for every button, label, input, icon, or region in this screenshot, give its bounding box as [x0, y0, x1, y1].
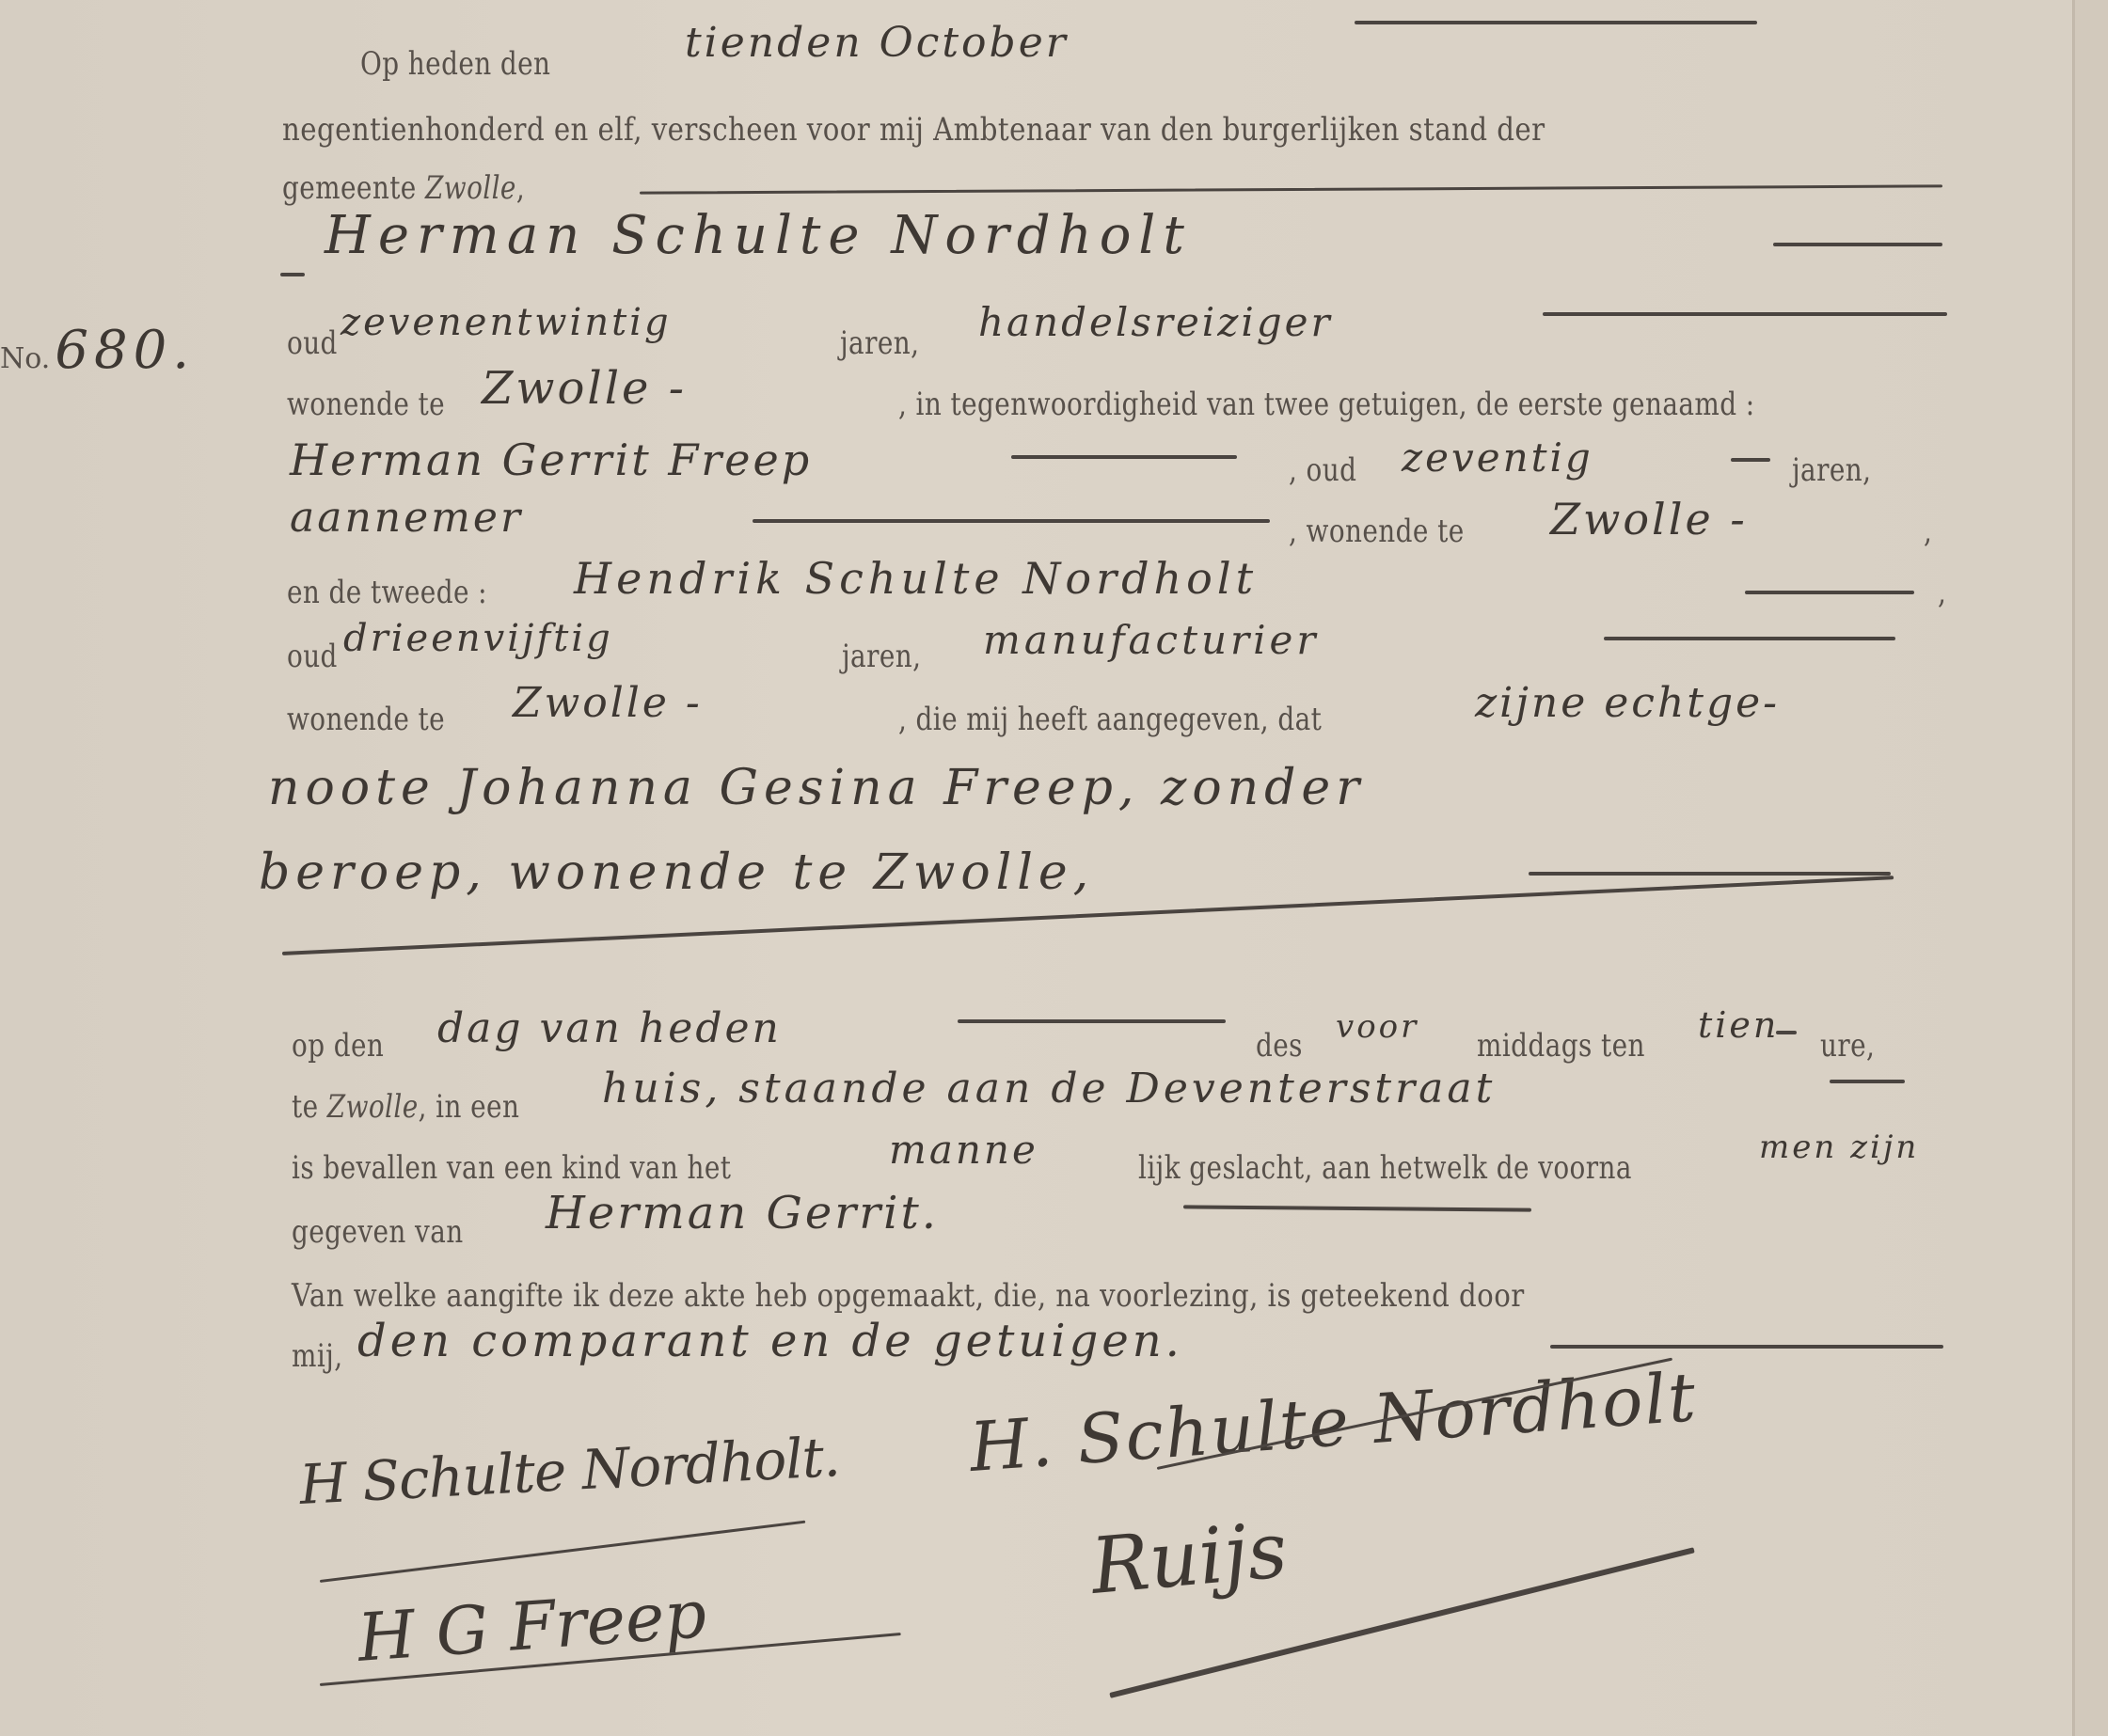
fill-rule — [1776, 1031, 1797, 1034]
hand-witness1-name: Herman Gerrit Freep — [290, 434, 812, 485]
printed-l14-c: middags ten — [1477, 1027, 1645, 1065]
signature-witness1: H G Freep — [356, 1575, 709, 1677]
fill-rule — [640, 184, 1942, 194]
printed-l3: gemeente Zwolle, — [282, 169, 525, 207]
fill-rule — [1355, 21, 1757, 24]
printed-l1: Op heden den — [360, 45, 550, 83]
printed-l6-b: , in tegenwoordigheid van twee getuigen,… — [898, 386, 1755, 423]
printed-l15-a: te — [292, 1088, 319, 1126]
hand-declarant-name: Herman Schulte Nordholt — [325, 205, 1192, 266]
printed-l2: negentienhonderd en elf, verscheen voor … — [282, 111, 1545, 149]
printed-l14-a: op den — [292, 1027, 384, 1065]
printed-l14-b: des — [1256, 1027, 1303, 1065]
printed-l5-b: jaren, — [840, 324, 919, 362]
hand-declarant-city: Zwolle - — [482, 362, 687, 415]
fill-rule — [753, 519, 1270, 523]
printed-l16-b: lijk geslacht, aan hetwelk de voorna — [1138, 1149, 1632, 1187]
printed-l8-a: , wonende te — [1289, 513, 1465, 550]
printed-l10-a: oud — [287, 638, 338, 675]
printed-l8-b: , — [1924, 513, 1932, 550]
fill-rule — [1011, 455, 1237, 459]
hand-birth-place: huis, staande aan de Deventerstraat — [602, 1065, 1496, 1113]
printed-l3-city: Zwolle — [425, 169, 516, 207]
printed-l15: te Zwolle, in een — [292, 1088, 519, 1126]
hand-spouse-intro: zijne echtge- — [1475, 679, 1780, 727]
printed-l18: Van welke aangifte ik deze akte heb opge… — [292, 1277, 1525, 1315]
printed-l9-a: en de tweede : — [287, 574, 487, 611]
printed-l3-b: , — [516, 169, 525, 207]
fill-rule — [1773, 243, 1942, 246]
printed-l15-city: Zwolle — [327, 1088, 419, 1126]
register-page: No. 680. Op heden den tienden October ne… — [0, 0, 2108, 1736]
hand-declarant-occupation: handelsreiziger — [978, 299, 1333, 345]
act-number-label: No. — [0, 342, 50, 375]
signature-declarant: H Schulte Nordholt. — [298, 1425, 841, 1517]
hand-signatories: den comparant en de getuigen. — [357, 1315, 1183, 1367]
fill-rule — [1550, 1345, 1943, 1349]
hand-declarant-age: zevenentwintig — [341, 301, 672, 344]
fill-rule — [958, 1019, 1226, 1023]
printed-l7-b: jaren, — [1792, 451, 1871, 489]
hand-birth-hour: tien — [1698, 1004, 1779, 1046]
printed-l5-a: oud — [287, 324, 338, 362]
hand-witness1-age: zeventig — [1402, 434, 1593, 481]
printed-l3-a: gemeente — [282, 169, 417, 207]
hand-date: tienden October — [685, 19, 1069, 67]
hand-witness2-city: Zwolle - — [513, 679, 703, 727]
printed-l10-b: jaren, — [842, 638, 921, 675]
signature-underline — [320, 1521, 805, 1583]
hand-mother-residence: beroep, wonende te Zwolle, — [259, 844, 1094, 901]
printed-l6-a: wonende te — [287, 386, 445, 423]
hand-child-name: Herman Gerrit. — [546, 1187, 939, 1239]
fill-rule — [1529, 872, 1891, 876]
signature-registrar: Ruijs — [1087, 1506, 1291, 1612]
hand-witness2-occupation: manufacturier — [983, 617, 1319, 663]
printed-l11-b: , die mij heeft aangegeven, dat — [898, 701, 1322, 738]
hand-given-names-tail: men zijn — [1759, 1128, 1919, 1166]
hand-witness1-occupation: aannemer — [290, 494, 523, 542]
printed-l16-a: is bevallen van een kind van het — [292, 1149, 731, 1187]
fill-rule — [280, 273, 305, 276]
fill-rule — [1543, 312, 1947, 316]
fill-rule — [1745, 591, 1914, 594]
act-number-value: 680. — [55, 320, 195, 381]
hand-witness1-city: Zwolle - — [1550, 494, 1748, 544]
fill-rule — [1183, 1205, 1531, 1211]
fill-rule — [1604, 637, 1895, 640]
hand-witness2-age: drieenvijftig — [343, 617, 613, 660]
hand-mother-name: noote Johanna Gesina Freep, zonder — [268, 760, 1365, 816]
printed-l9-b: , — [1938, 574, 1946, 611]
hand-child-sex: manne — [889, 1127, 1038, 1173]
fill-rule — [1731, 458, 1770, 462]
adjacent-page-edge — [2075, 0, 2108, 1736]
printed-l11-a: wonende te — [287, 701, 445, 738]
fill-rule — [1830, 1080, 1905, 1083]
printed-l7-a: , oud — [1289, 451, 1356, 489]
printed-l17-a: gegeven van — [292, 1213, 464, 1251]
printed-l19-a: mij, — [292, 1337, 343, 1375]
act-number: No. 680. — [0, 320, 195, 381]
hand-witness2-name: Hendrik Schulte Nordholt — [574, 553, 1258, 604]
printed-l15-b: , in een — [419, 1088, 520, 1126]
printed-l14-d: ure, — [1820, 1027, 1875, 1065]
hand-birth-ampm: voor — [1336, 1008, 1419, 1046]
hand-birth-day: dag van heden — [437, 1004, 782, 1052]
